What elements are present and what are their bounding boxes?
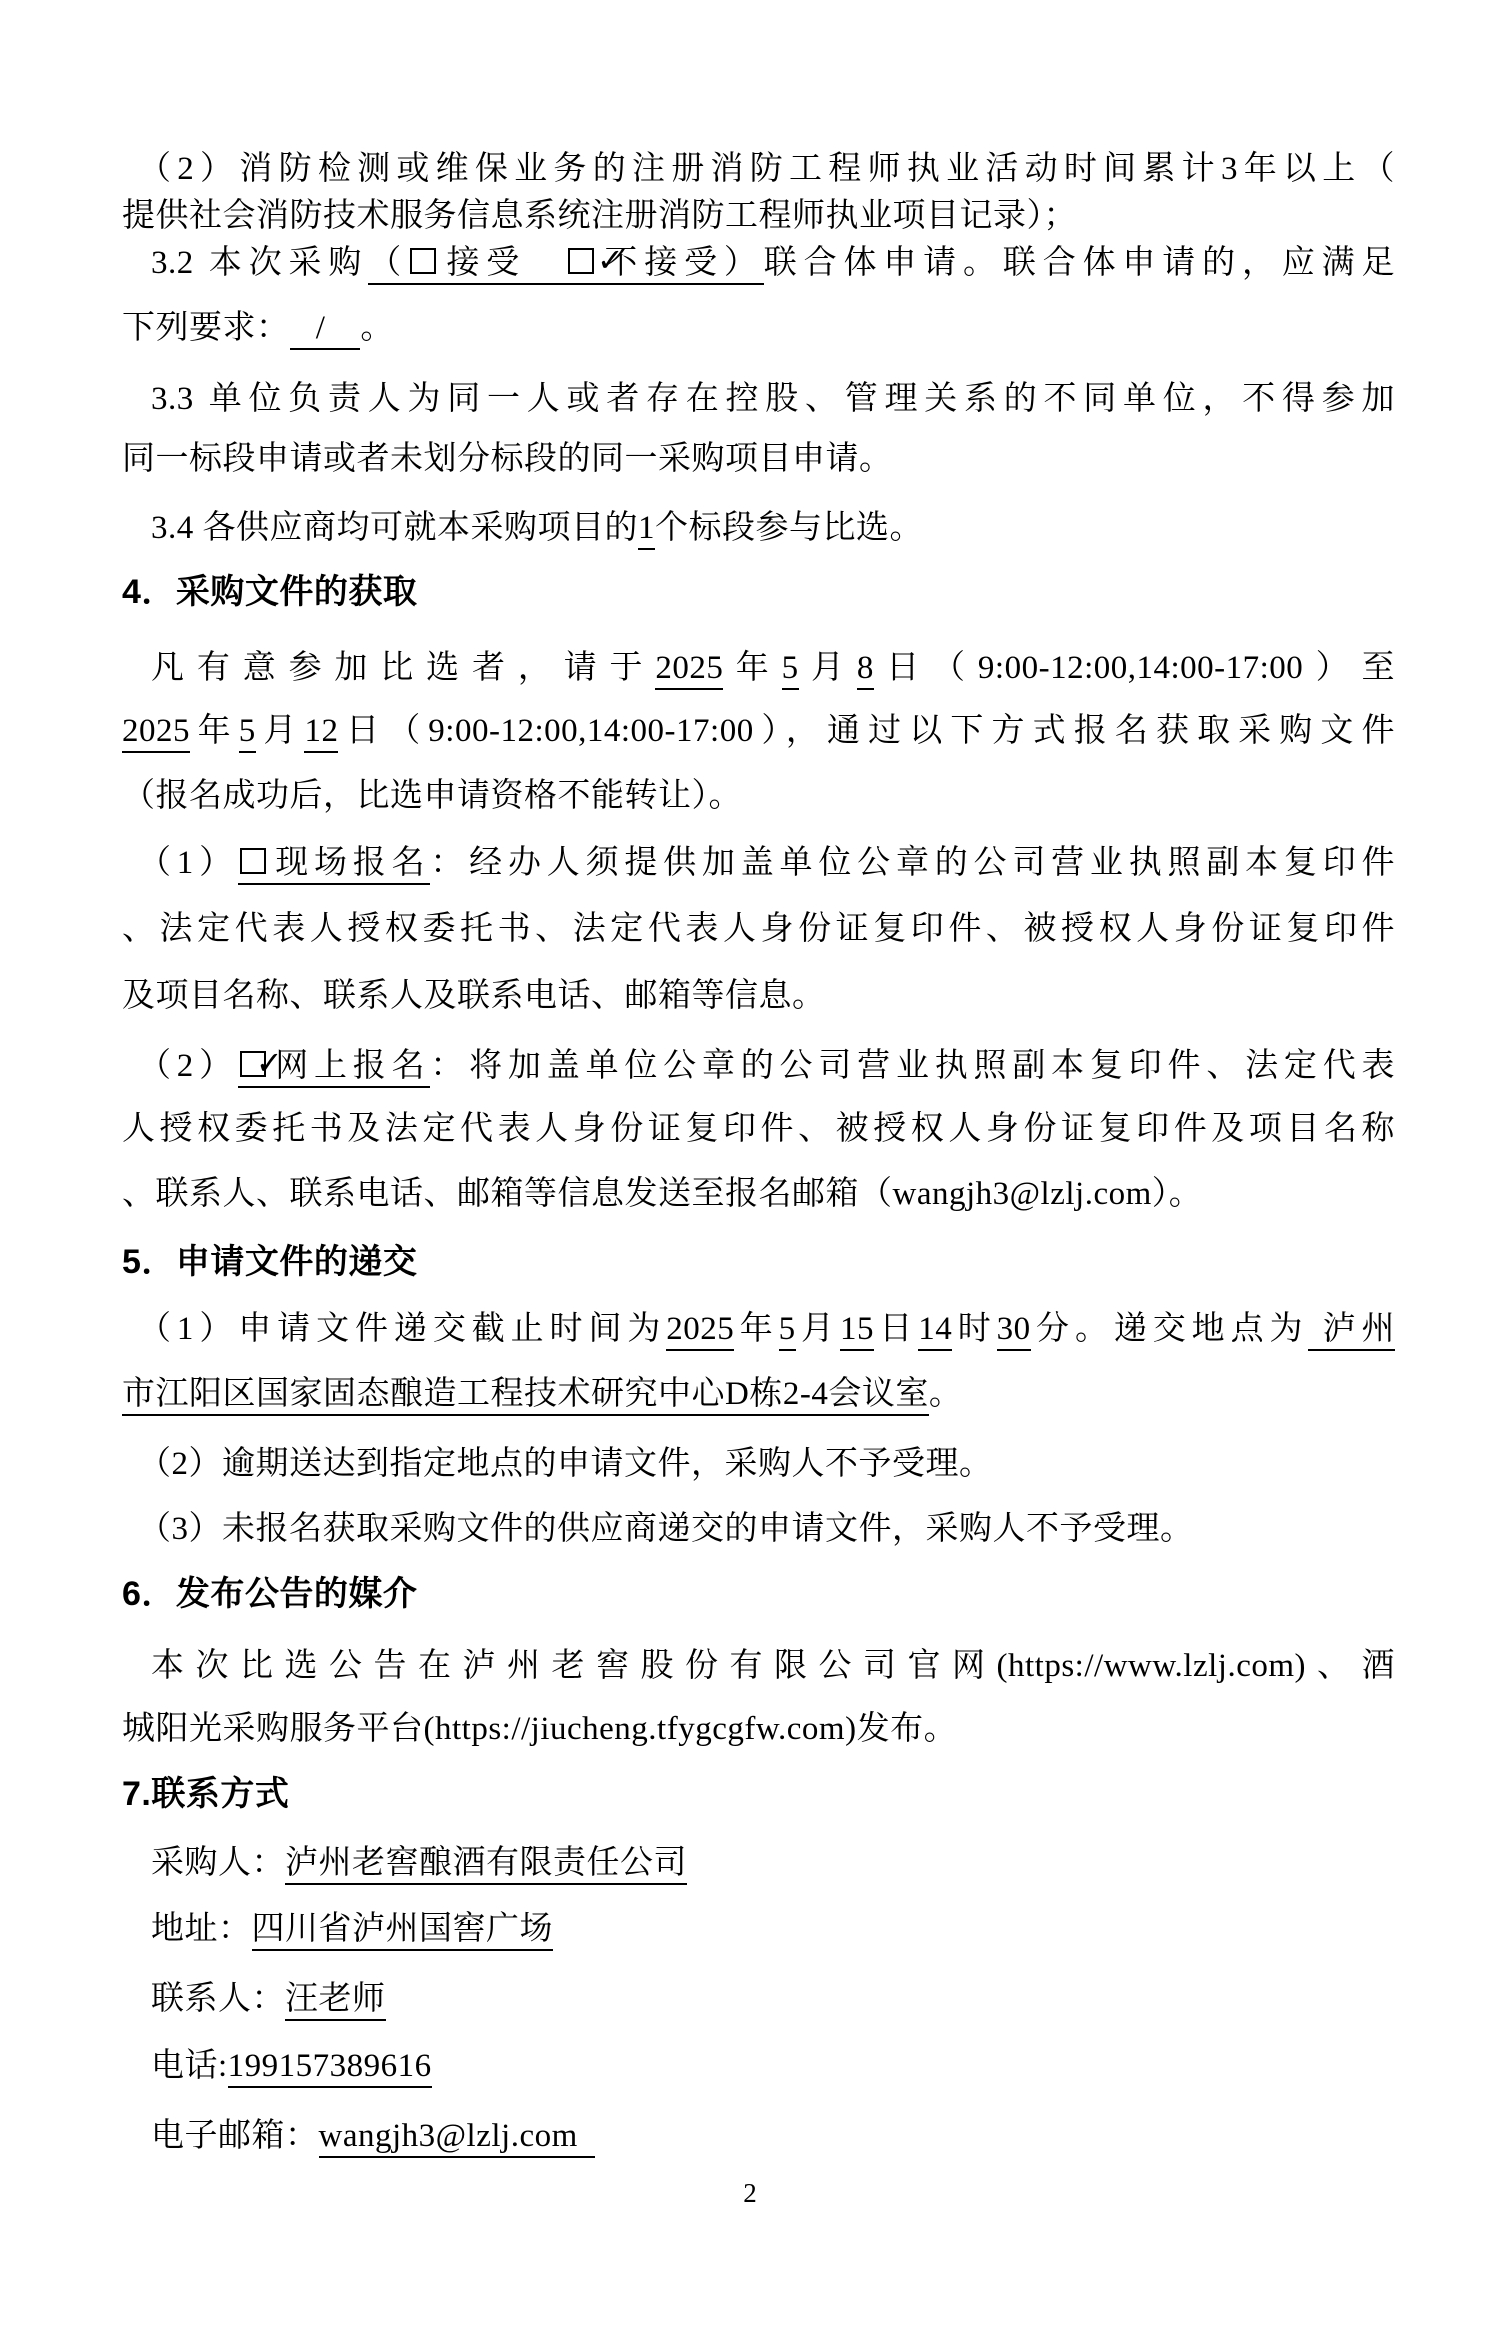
doc-line: （1）申请文件递交截止时间为2025年5月15日14时30分。递交地点为 泸州 [122, 1307, 1395, 1351]
text-run: 电子邮箱： [151, 2118, 319, 2154]
doc-line: 、联系人、联系电话、邮箱等信息发送至报名邮箱（wangjh3@lzlj.com）… [122, 1172, 1395, 1216]
doc-line: 同一标段申请或者未划分标段的同一采购项目申请。 [122, 437, 1395, 481]
checkbox-box [410, 248, 436, 274]
text-run: 5．申请文件的递交 [122, 1243, 417, 1281]
section-heading: 4．采购文件的获取 [122, 570, 1395, 614]
text-run: 地址： [151, 1911, 252, 1947]
underlined-run-group: 汪老师 [285, 1981, 386, 2021]
underlined-run-group: 15 [840, 1311, 874, 1351]
text-run: 8 [857, 650, 874, 686]
text-run: 5 [239, 713, 256, 749]
doc-line: 提供社会消防技术服务信息系统注册消防工程师执业项目记录）； [122, 194, 1395, 238]
text-run: 7.联系方式 [122, 1775, 289, 1813]
underlined-run-group: 现场报名 [238, 845, 430, 885]
text-run: 3.2 本次采购 [151, 245, 368, 281]
underlined-run-group: 四川省泸州国窖广场 [252, 1911, 554, 1951]
text-run: 14 [918, 1311, 952, 1347]
doc-line: 3.3 单位负责人为同一人或者存在控股、管理关系的不同单位，不得参加 [122, 377, 1395, 421]
underlined-run-group: 网上报名 [238, 1048, 430, 1088]
underlined-run-group: 2025 [122, 713, 190, 753]
text-run: 时 [952, 1311, 996, 1347]
text-run: 3.3 单位负责人为同一人或者存在控股、管理关系的不同单位，不得参加 [151, 381, 1395, 417]
text-run: 。 [929, 1376, 963, 1412]
text-run: 分。递交地点为 [1031, 1311, 1309, 1347]
text-run: 3.4 各供应商均可就本采购项目的 [151, 510, 638, 546]
doc-line: 3.4 各供应商均可就本采购项目的1个标段参与比选。 [122, 506, 1395, 550]
text-run: 12 [304, 713, 338, 749]
text-run: 人授权委托书及法定代表人身份证复印件、被授权人身份证复印件及项目名称 [122, 1111, 1395, 1147]
text-run: 199157389616 [228, 2048, 432, 2084]
underlined-run-group: 市江阳区国家固态酿造工程技术研究中心D栋2-4会议室 [122, 1376, 929, 1416]
text-run: 5 [779, 1311, 796, 1347]
text-run: 月 [256, 713, 305, 749]
checkbox-box [240, 848, 266, 874]
text-run: （2）逾期送达到指定地点的申请文件，采购人不予受理。 [138, 1446, 993, 1482]
doc-line: 、法定代表人授权委托书、法定代表人身份证复印件、被授权人身份证复印件 [122, 907, 1395, 951]
section-heading: 7.联系方式 [122, 1772, 1395, 1816]
underlined-run-group: （接受 不接受） [368, 245, 764, 285]
text-run: wangjh3@lzlj.com [319, 2118, 596, 2154]
text-run: 电话: [151, 2048, 228, 2084]
text-run: 现场报名 [270, 845, 430, 881]
text-run: 凡有意参加比选者，请于 [151, 650, 655, 686]
underlined-run-group: 泸州 [1308, 1311, 1395, 1351]
text-run: 同一标段申请或者未划分标段的同一采购项目申请。 [122, 441, 893, 477]
text-run: 年 [734, 1311, 778, 1347]
text-run: 联系人： [151, 1981, 285, 2017]
text-run: 30 [997, 1311, 1031, 1347]
underlined-run-group: 30 [997, 1311, 1031, 1351]
text-run: 汪老师 [285, 1981, 386, 2017]
underlined-run-group: / [290, 310, 361, 350]
text-run: 四川省泸州国窖广场 [252, 1911, 554, 1947]
text-run: 6．发布公告的媒介 [122, 1575, 417, 1613]
text-run: （2） [138, 1048, 238, 1084]
checkbox-unchecked-icon [238, 845, 270, 881]
text-run: 联合体申请。联合体申请的，应满足 [764, 245, 1395, 281]
underlined-run-group: 2025 [655, 650, 723, 690]
doc-line: 地址：四川省泸州国窖广场 [122, 1907, 1395, 1951]
text-run: 5 [782, 650, 799, 686]
checkbox-checked-icon [566, 245, 598, 281]
text-run: 年 [190, 713, 239, 749]
text-run: 4．采购文件的获取 [122, 573, 417, 611]
text-run: 15 [840, 1311, 874, 1347]
text-run: 及项目名称、联系人及联系电话、邮箱等信息。 [122, 978, 826, 1014]
underlined-run-group: 1 [638, 510, 655, 550]
underlined-run-group: 12 [304, 713, 338, 753]
doc-line: 联系人：汪老师 [122, 1977, 1395, 2021]
text-run: （3）未报名获取采购文件的供应商递交的申请文件，采购人不予受理。 [138, 1511, 1194, 1547]
text-run: 2025 [655, 650, 723, 686]
text-run: 日 [874, 1311, 918, 1347]
doc-line: 凡有意参加比选者，请于2025年5月8日（9:00-12:00,14:00-17… [122, 646, 1395, 690]
text-run: 。 [360, 310, 394, 346]
text-run: 提供社会消防技术服务信息系统注册消防工程师执业项目记录）； [122, 198, 1077, 234]
doc-line: （报名成功后，比选申请资格不能转让）。 [122, 774, 1395, 818]
text-run: 2025 [122, 713, 190, 749]
doc-line: 下列要求： / 。 [122, 306, 1395, 350]
page-number: 2 [0, 2178, 1500, 2209]
text-run: 、法定代表人授权委托书、法定代表人身份证复印件、被授权人身份证复印件 [122, 911, 1395, 947]
text-run: / [290, 310, 361, 346]
underlined-run-group: 5 [782, 650, 799, 690]
text-run: 月 [796, 1311, 840, 1347]
doc-line: 及项目名称、联系人及联系电话、邮箱等信息。 [122, 974, 1395, 1018]
text-run: 泸州 [1308, 1311, 1395, 1347]
doc-line: （3）未报名获取采购文件的供应商递交的申请文件，采购人不予受理。 [122, 1507, 1395, 1551]
doc-line: 采购人：泸州老窖酿酒有限责任公司 [122, 1841, 1395, 1885]
text-run: （1） [138, 845, 238, 881]
underlined-run-group: 8 [857, 650, 874, 690]
text-run: 下列要求： [122, 310, 290, 346]
checkbox-checked-icon [238, 1048, 270, 1084]
text-run: ：将加盖单位公章的公司营业执照副本复印件、法定代表 [430, 1048, 1395, 1084]
text-run: 个标段参与比选。 [655, 510, 923, 546]
doc-line: （2）消防检测或维保业务的注册消防工程师执业活动时间累计3年以上（ [122, 147, 1395, 191]
doc-line: 3.2 本次采购（接受 不接受）联合体申请。联合体申请的，应满足 [122, 241, 1395, 285]
text-run: （报名成功后，比选申请资格不能转让）。 [122, 778, 742, 814]
underlined-run-group: wangjh3@lzlj.com [319, 2118, 596, 2158]
text-run: ：经办人须提供加盖单位公章的公司营业执照副本复印件 [430, 845, 1395, 881]
section-heading: 5．申请文件的递交 [122, 1240, 1395, 1284]
text-run: （2）消防检测或维保业务的注册消防工程师执业活动时间累计3年以上（ [138, 151, 1395, 187]
underlined-run-group: 泸州老窖酿酒有限责任公司 [285, 1845, 687, 1885]
text-run: 市江阳区国家固态酿造工程技术研究中心D栋2-4会议室 [122, 1376, 929, 1412]
text-run: 、联系人、联系电话、邮箱等信息发送至报名邮箱（wangjh3@lzlj.com）… [122, 1176, 1202, 1212]
document-page: 2 （2）消防检测或维保业务的注册消防工程师执业活动时间累计3年以上（提供社会消… [0, 0, 1500, 2331]
underlined-run-group: 199157389616 [228, 2048, 432, 2088]
doc-line: 本次比选公告在泸州老窖股份有限公司官网(https://www.lzlj.com… [122, 1644, 1395, 1688]
doc-line: 城阳光采购服务平台(https://jiucheng.tfygcgfw.com)… [122, 1707, 1395, 1751]
checkbox-box [568, 248, 594, 274]
doc-line: （1）现场报名：经办人须提供加盖单位公章的公司营业执照副本复印件 [122, 841, 1395, 885]
text-run: （1）申请文件递交截止时间为 [138, 1311, 666, 1347]
text-run: 接受 [440, 245, 566, 281]
doc-line: 电话:199157389616 [122, 2044, 1395, 2088]
checkbox-box [240, 1051, 266, 1077]
section-heading: 6．发布公告的媒介 [122, 1572, 1395, 1616]
doc-line: 人授权委托书及法定代表人身份证复印件、被授权人身份证复印件及项目名称 [122, 1107, 1395, 1151]
text-run: 采购人： [151, 1845, 285, 1881]
text-run: 网上报名 [270, 1048, 430, 1084]
underlined-run-group: 14 [918, 1311, 952, 1351]
doc-line: 电子邮箱：wangjh3@lzlj.com [122, 2114, 1395, 2158]
text-run: （ [368, 245, 408, 281]
text-run: 日（9:00-12:00,14:00-17:00）至 [874, 650, 1395, 686]
underlined-run-group: 5 [239, 713, 256, 753]
checkbox-unchecked-icon [408, 245, 440, 281]
underlined-run-group: 5 [779, 1311, 796, 1351]
doc-line: （2）逾期送达到指定地点的申请文件，采购人不予受理。 [122, 1442, 1395, 1486]
doc-line: （2）网上报名：将加盖单位公章的公司营业执照副本复印件、法定代表 [122, 1044, 1395, 1088]
doc-line: 2025年5月12日（9:00-12:00,14:00-17:00），通过以下方… [122, 709, 1395, 753]
text-run: 本次比选公告在泸州老窖股份有限公司官网(https://www.lzlj.com… [151, 1648, 1395, 1684]
text-run: 日（9:00-12:00,14:00-17:00），通过以下方式报名获取采购文件 [338, 713, 1395, 749]
text-run: 泸州老窖酿酒有限责任公司 [285, 1845, 687, 1881]
text-run: 年 [723, 650, 781, 686]
text-run: 1 [638, 510, 655, 546]
text-run: 2025 [666, 1311, 734, 1347]
text-run: 月 [799, 650, 857, 686]
text-run: 城阳光采购服务平台(https://jiucheng.tfygcgfw.com)… [122, 1711, 957, 1747]
underlined-run-group: 2025 [666, 1311, 734, 1351]
doc-line: 市江阳区国家固态酿造工程技术研究中心D栋2-4会议室。 [122, 1372, 1395, 1416]
